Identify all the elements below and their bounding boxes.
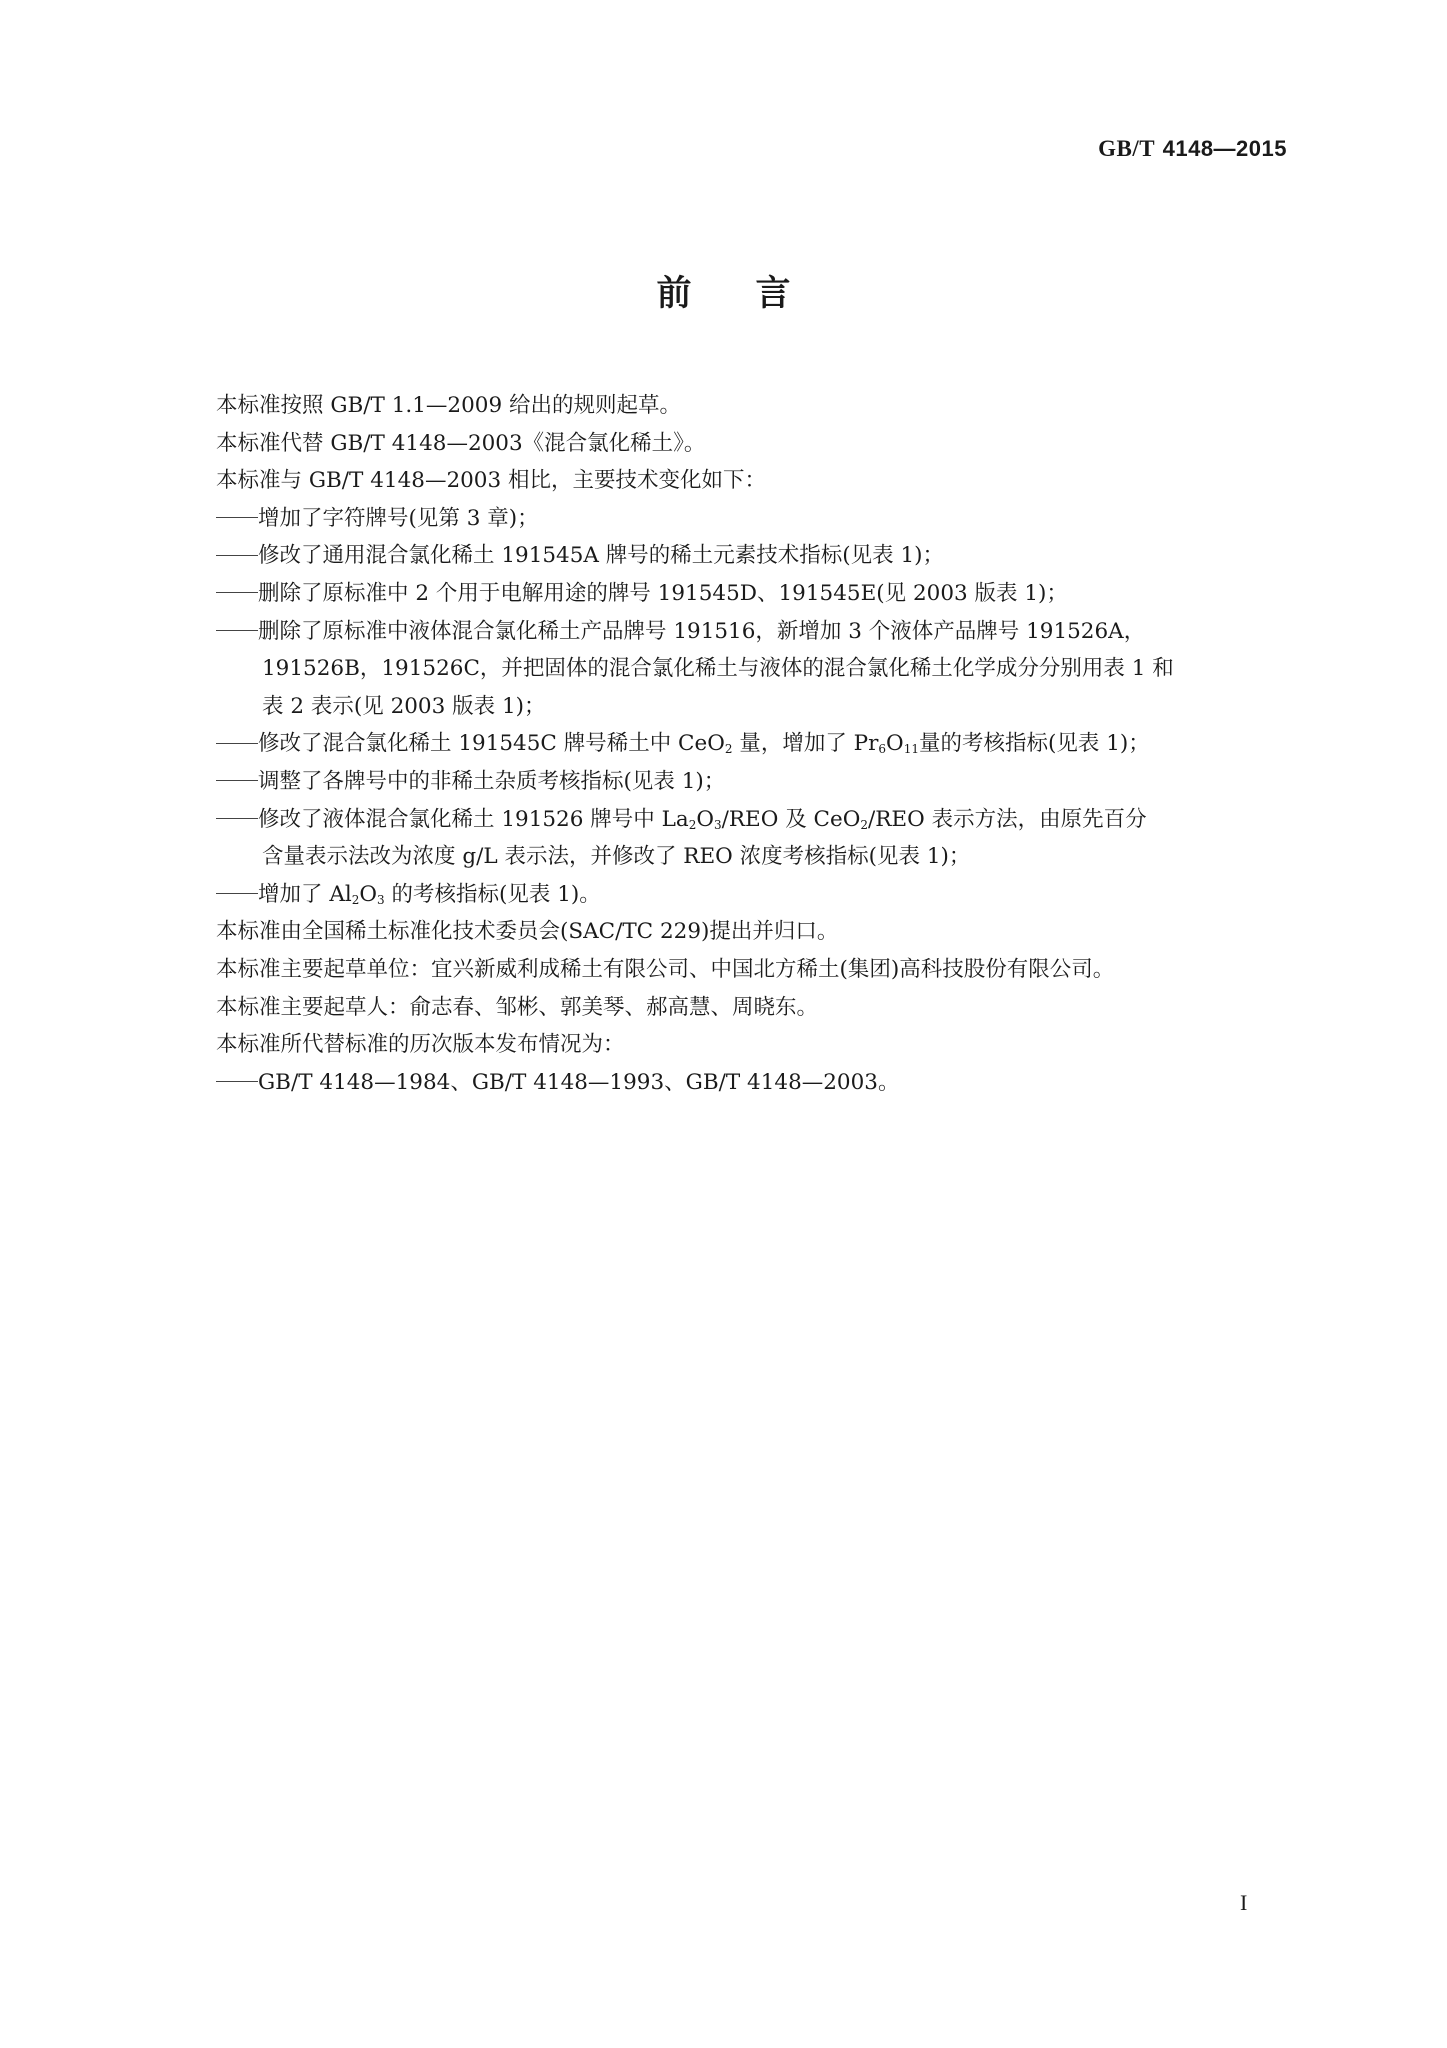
list-item: 调整了各牌号中的非稀土杂质考核指标(见表 1)；	[216, 763, 1296, 801]
standard-code: 4148—2015	[1163, 136, 1287, 161]
list-item: 修改了通用混合氯化稀土 191545A 牌号的稀土元素技术指标(见表 1)；	[216, 537, 1296, 575]
text-run: /REO 表示方法，由原先百分	[868, 807, 1147, 832]
paragraph: 本标准代替 GB/T 4148—2003《混合氯化稀土》。	[216, 425, 1296, 463]
paragraph: 本标准主要起草人：俞志春、邹彬、郭美琴、郝高慧、周晓东。	[216, 989, 1296, 1027]
text-run: 本标准与 GB/T 4148—2003 相比，主要技术变化如下：	[216, 468, 766, 493]
standard-number: GB/T 4148—2015	[1098, 136, 1287, 162]
text-run: 量，增加了 Pr	[732, 731, 878, 756]
list-item: 修改了液体混合氯化稀土 191526 牌号中 La2O3/REO 及 CeO2/…	[216, 801, 1296, 839]
text-run: 表 2 表示(见 2003 版表 1)；	[262, 694, 546, 719]
text-run: 191526B，191526C，并把固体的混合氯化稀土与液体的混合氯化稀土化学成…	[262, 656, 1174, 681]
subscript: 3	[714, 818, 722, 832]
em-dash-bullet	[216, 1081, 258, 1082]
list-item: 增加了 Al2O3 的考核指标(见表 1)。	[216, 876, 1296, 914]
subscript: 6	[878, 742, 886, 756]
text-run: 修改了液体混合氯化稀土 191526 牌号中 La	[258, 807, 689, 832]
text-run: 调整了各牌号中的非稀土杂质考核指标(见表 1)；	[258, 769, 725, 794]
text-run: 增加了字符牌号(见第 3 章)；	[258, 506, 539, 531]
em-dash-bullet	[216, 592, 258, 593]
text-run: 本标准主要起草人：俞志春、邹彬、郭美琴、郝高慧、周晓东。	[216, 995, 818, 1020]
text-run: O	[696, 807, 714, 832]
list-item-continuation: 191526B，191526C，并把固体的混合氯化稀土与液体的混合氯化稀土化学成…	[216, 650, 1296, 688]
text-run: 修改了混合氯化稀土 191545C 牌号稀土中 CeO	[258, 731, 725, 756]
em-dash-bullet	[216, 893, 258, 894]
text-run: 修改了通用混合氯化稀土 191545A 牌号的稀土元素技术指标(见表 1)；	[258, 543, 944, 568]
em-dash-bullet	[216, 555, 258, 556]
text-run: O	[359, 882, 377, 907]
paragraph: 本标准所代替标准的历次版本发布情况为：	[216, 1026, 1296, 1064]
em-dash-bullet	[216, 780, 258, 781]
text-run: 删除了原标准中 2 个用于电解用途的牌号 191545D、191545E(见 2…	[258, 581, 1068, 606]
text-run: 的考核指标(见表 1)。	[385, 882, 601, 907]
paragraph: 本标准与 GB/T 4148—2003 相比，主要技术变化如下：	[216, 462, 1296, 500]
list-item-continuation: 含量表示法改为浓度 g/L 表示法，并修改了 REO 浓度考核指标(见表 1)；	[216, 838, 1296, 876]
text-run: 量的考核指标(见表 1)；	[919, 731, 1150, 756]
standard-prefix: GB/T	[1098, 136, 1155, 161]
em-dash-bullet	[216, 630, 258, 631]
list-item: 删除了原标准中 2 个用于电解用途的牌号 191545D、191545E(见 2…	[216, 575, 1296, 613]
list-item: GB/T 4148—1984、GB/T 4148—1993、GB/T 4148—…	[216, 1064, 1296, 1102]
subscript: 11	[904, 742, 919, 756]
subscript: 2	[860, 818, 868, 832]
text-run: 删除了原标准中液体混合氯化稀土产品牌号 191516，新增加 3 个液体产品牌号…	[258, 619, 1145, 644]
text-run: O	[886, 731, 904, 756]
em-dash-bullet	[216, 743, 258, 744]
paragraph: 本标准主要起草单位：宜兴新威利成稀土有限公司、中国北方稀土(集团)高科技股份有限…	[216, 951, 1296, 989]
paragraph: 本标准由全国稀土标准化技术委员会(SAC/TC 229)提出并归口。	[216, 913, 1296, 951]
text-run: 本标准主要起草单位：宜兴新威利成稀土有限公司、中国北方稀土(集团)高科技股份有限…	[216, 957, 1114, 982]
text-run: GB/T 4148—1984、GB/T 4148—1993、GB/T 4148—…	[258, 1070, 899, 1095]
list-item: 增加了字符牌号(见第 3 章)；	[216, 500, 1296, 538]
text-run: 含量表示法改为浓度 g/L 表示法，并修改了 REO 浓度考核指标(见表 1)；	[262, 844, 970, 869]
subscript: 3	[377, 893, 385, 907]
em-dash-bullet	[216, 818, 258, 819]
text-run: 本标准按照 GB/T 1.1—2009 给出的规则起草。	[216, 393, 681, 418]
page-number: I	[1240, 1890, 1247, 1916]
page-title: 前言	[0, 266, 1447, 316]
em-dash-bullet	[216, 517, 258, 518]
list-item-continuation: 表 2 表示(见 2003 版表 1)；	[216, 688, 1296, 726]
foreword-body: 本标准按照 GB/T 1.1—2009 给出的规则起草。本标准代替 GB/T 4…	[216, 387, 1296, 1101]
paragraph: 本标准按照 GB/T 1.1—2009 给出的规则起草。	[216, 387, 1296, 425]
text-run: 本标准代替 GB/T 4148—2003《混合氯化稀土》。	[216, 431, 705, 456]
text-run: 本标准由全国稀土标准化技术委员会(SAC/TC 229)提出并归口。	[216, 919, 838, 944]
text-run: 增加了 Al	[258, 882, 352, 907]
list-item: 修改了混合氯化稀土 191545C 牌号稀土中 CeO2 量，增加了 Pr6O1…	[216, 725, 1296, 763]
text-run: /REO 及 CeO	[722, 807, 861, 832]
list-item: 删除了原标准中液体混合氯化稀土产品牌号 191516，新增加 3 个液体产品牌号…	[216, 613, 1296, 651]
text-run: 本标准所代替标准的历次版本发布情况为：	[216, 1032, 625, 1057]
